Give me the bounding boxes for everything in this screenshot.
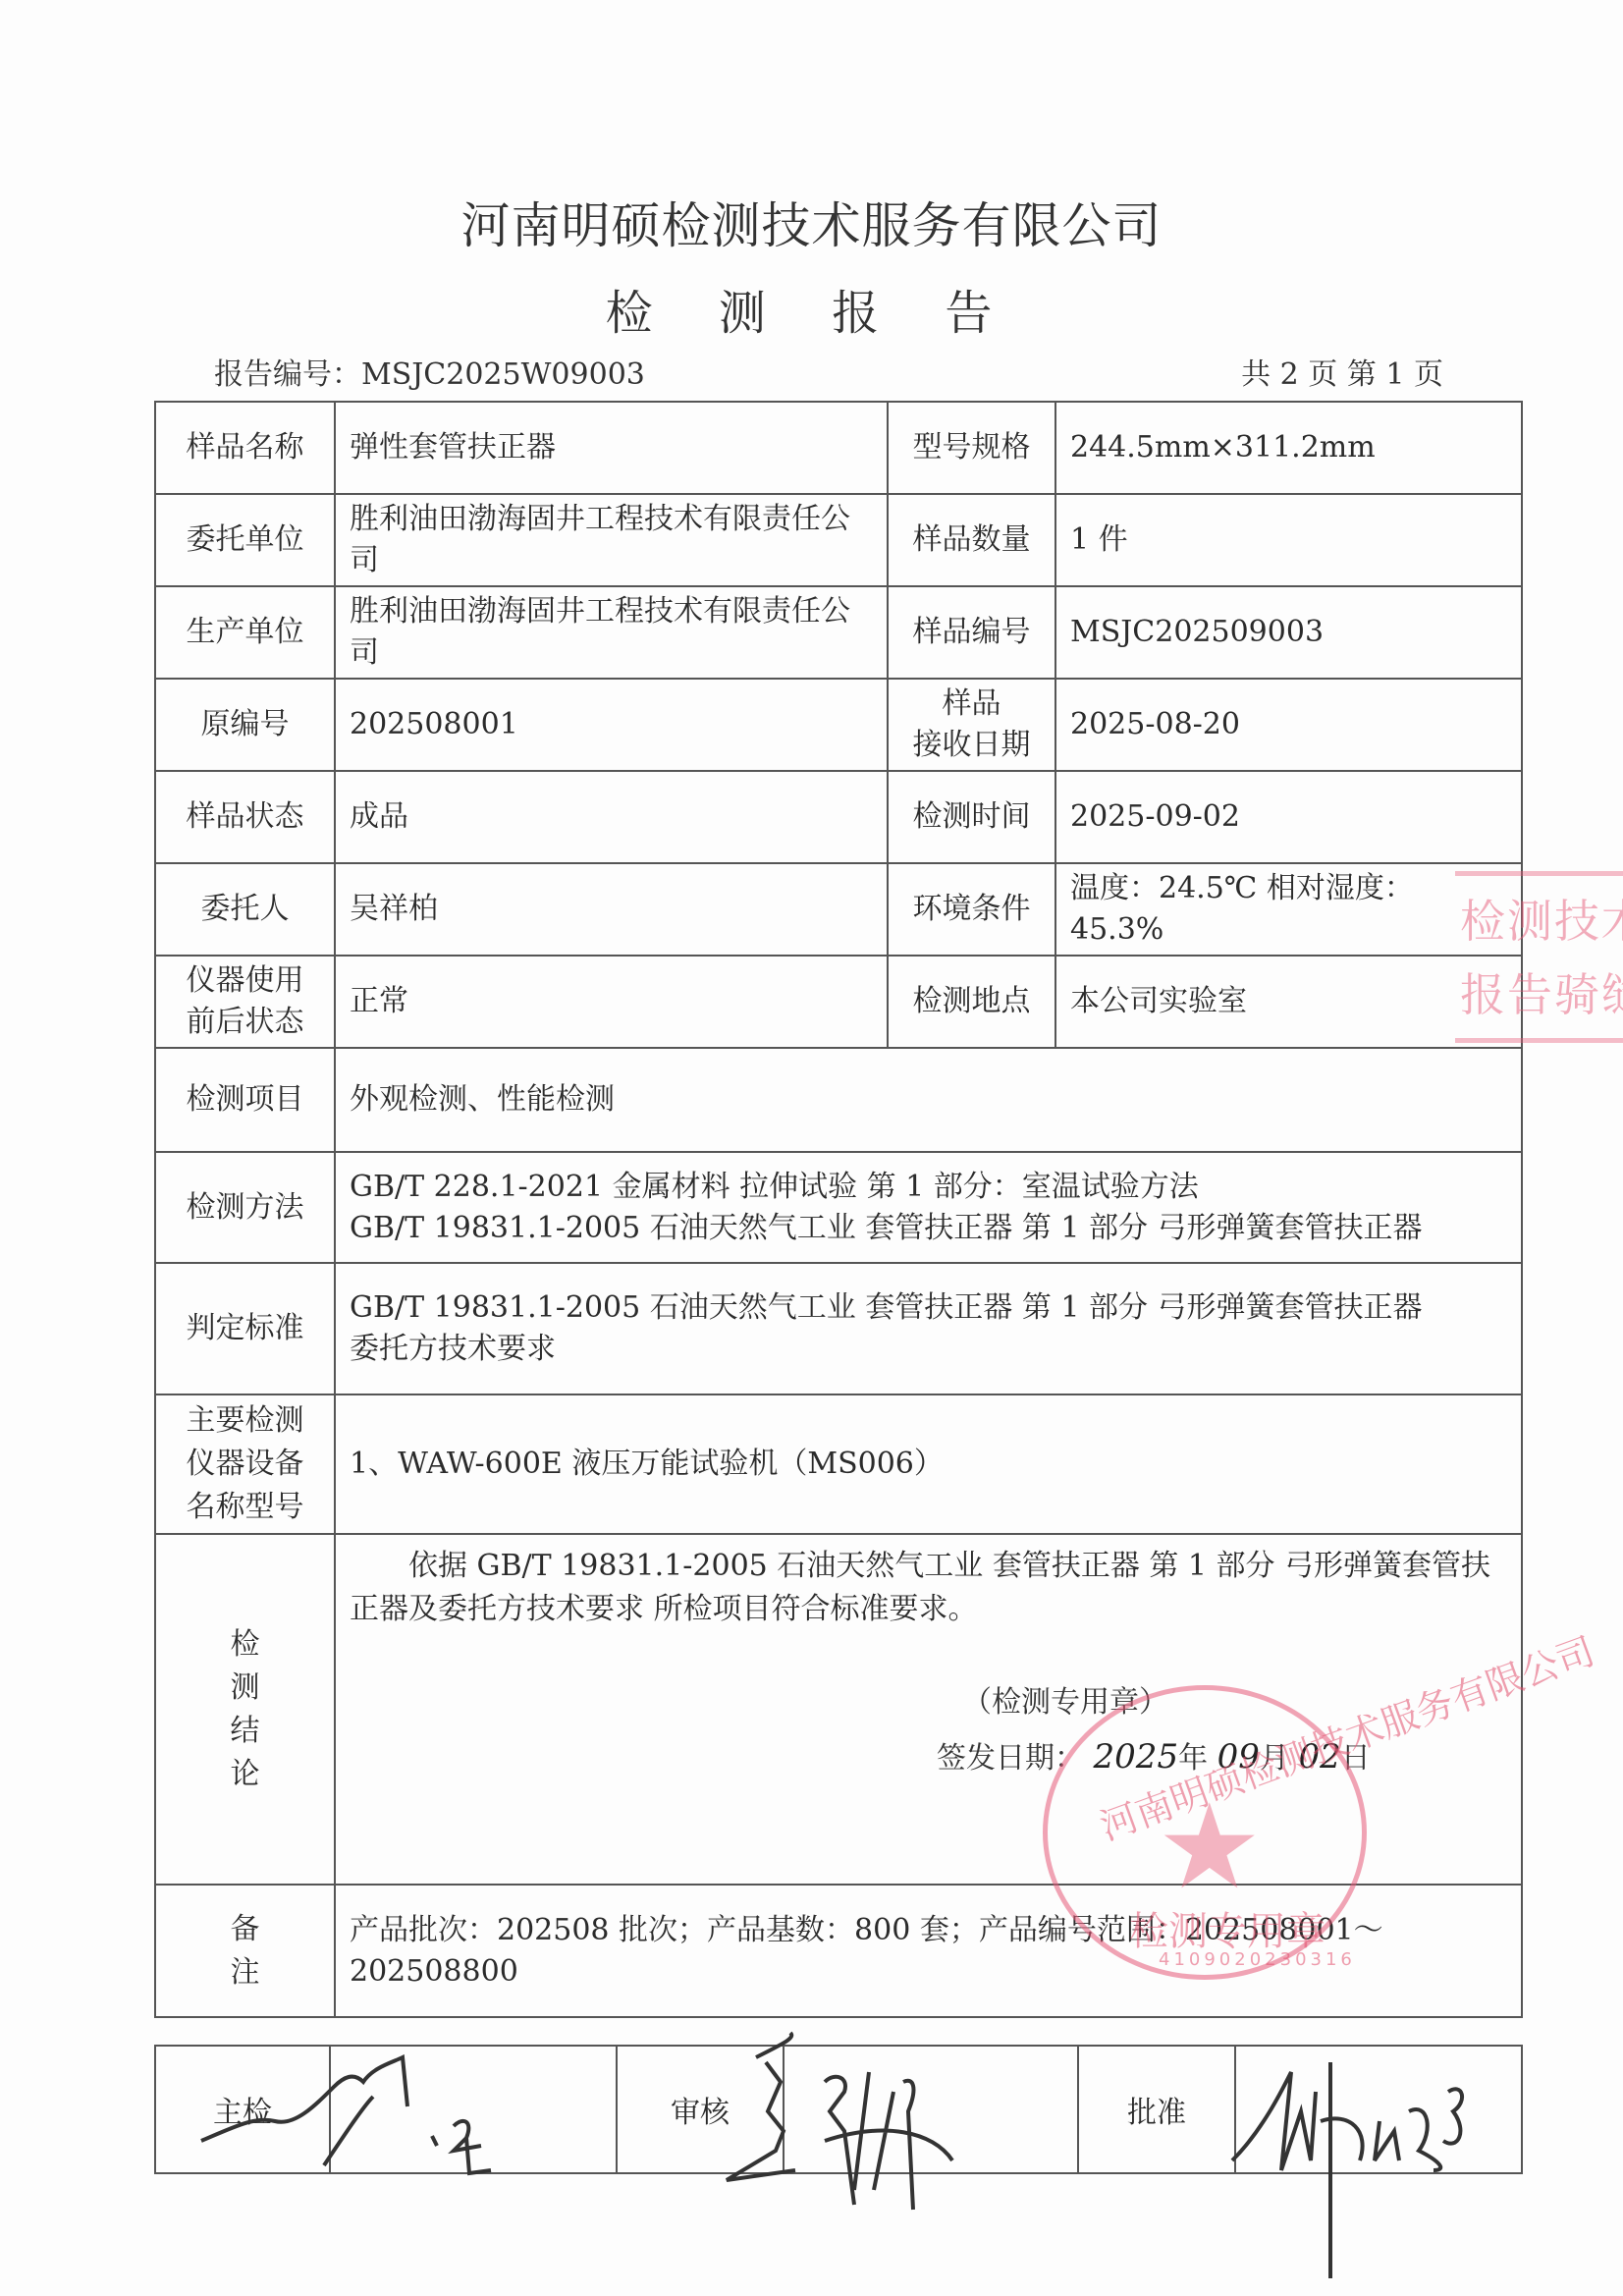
field-value: 244.5mm×311.2mm bbox=[1055, 402, 1522, 494]
page-info: 共 2 页 第 1 页 bbox=[1241, 350, 1443, 393]
test-items-row: 检测项目 外观检测、性能检测 bbox=[155, 1048, 1522, 1152]
company-name: 河南明硕检测技术服务有限公司 bbox=[0, 187, 1623, 257]
field-label: 委托人 bbox=[155, 863, 335, 956]
field-value: 胜利油田渤海固井工程技术有限责任公司 bbox=[335, 494, 888, 586]
seal-code: 4109020230316 bbox=[1159, 1949, 1356, 1970]
info-row: 委托人吴祥柏环境条件温度：24.5℃ 相对湿度：45.3% bbox=[155, 863, 1522, 956]
field-value: 温度：24.5℃ 相对湿度：45.3% bbox=[1055, 863, 1522, 956]
criteria-line: GB/T 19831.1-2005 石油天然气工业 套管扶正器 第 1 部分 弓… bbox=[350, 1287, 1507, 1329]
conclusion-label: 检 测 结 论 bbox=[155, 1534, 335, 1885]
inspector-signature-icon bbox=[196, 2048, 511, 2185]
info-row: 原编号202508001样品 接收日期2025-08-20 bbox=[155, 679, 1522, 771]
field-value: 202508001 bbox=[335, 679, 888, 771]
test-method-line: GB/T 19831.1-2005 石油天然气工业 套管扶正器 第 1 部分 弓… bbox=[350, 1208, 1507, 1249]
field-label: 原编号 bbox=[155, 679, 335, 771]
field-label: 仪器使用 前后状态 bbox=[155, 956, 335, 1048]
test-items-value: 外观检测、性能检测 bbox=[335, 1048, 1522, 1152]
info-row: 样品状态成品检测时间2025-09-02 bbox=[155, 771, 1522, 863]
field-value: 1 件 bbox=[1055, 494, 1522, 586]
field-value: 本公司实验室 bbox=[1055, 956, 1522, 1048]
field-value: 正常 bbox=[335, 956, 888, 1048]
field-label: 型号规格 bbox=[888, 402, 1055, 494]
field-value: 吴祥柏 bbox=[335, 863, 888, 956]
equipment-value: 1、WAW-600E 液压万能试验机（MS006） bbox=[335, 1394, 1522, 1534]
field-label: 委托单位 bbox=[155, 494, 335, 586]
equipment-row: 主要检测 仪器设备 名称型号 1、WAW-600E 液压万能试验机（MS006） bbox=[155, 1394, 1522, 1534]
field-value: 弹性套管扶正器 bbox=[335, 402, 888, 494]
info-row: 生产单位胜利油田渤海固井工程技术有限责任公司样品编号MSJC202509003 bbox=[155, 586, 1522, 679]
report-number: 报告编号：MSJC2025W09003 bbox=[214, 350, 645, 393]
seal-bottom-text: 检测专用章 bbox=[1129, 1900, 1325, 1956]
field-value: 成品 bbox=[335, 771, 888, 863]
field-value: 胜利油田渤海固井工程技术有限责任公司 bbox=[335, 586, 888, 679]
criteria-label: 判定标准 bbox=[155, 1263, 335, 1394]
test-methods-value: GB/T 228.1-2021 金属材料 拉伸试验 第 1 部分：室温试验方法 … bbox=[335, 1152, 1522, 1263]
approver-signature-icon bbox=[1222, 2052, 1478, 2278]
field-label: 样品 接收日期 bbox=[888, 679, 1055, 771]
test-methods-label: 检测方法 bbox=[155, 1152, 335, 1263]
report-number-value: MSJC2025W09003 bbox=[361, 357, 645, 392]
field-value: 2025-08-20 bbox=[1055, 679, 1522, 771]
perforation-seal: 检测技术服 报告骑缝 bbox=[1455, 871, 1623, 1043]
info-row: 委托单位胜利油田渤海固井工程技术有限责任公司样品数量1 件 bbox=[155, 494, 1522, 586]
field-label: 样品名称 bbox=[155, 402, 335, 494]
test-items-label: 检测项目 bbox=[155, 1048, 335, 1152]
approver-label: 批准 bbox=[1078, 2046, 1235, 2173]
criteria-value: GB/T 19831.1-2005 石油天然气工业 套管扶正器 第 1 部分 弓… bbox=[335, 1263, 1522, 1394]
conclusion-text: 依据 GB/T 19831.1-2005 石油天然气工业 套管扶正器 第 1 部… bbox=[350, 1535, 1507, 1631]
info-row: 仪器使用 前后状态正常检测地点本公司实验室 bbox=[155, 956, 1522, 1048]
field-value: 2025-09-02 bbox=[1055, 771, 1522, 863]
field-label: 样品状态 bbox=[155, 771, 335, 863]
side-seal-line2: 报告骑缝 bbox=[1460, 959, 1623, 1024]
reviewer-signature-icon bbox=[707, 2033, 1031, 2205]
side-seal-line1: 检测技术服 bbox=[1460, 886, 1623, 951]
test-method-line: GB/T 228.1-2021 金属材料 拉伸试验 第 1 部分：室温试验方法 bbox=[350, 1167, 1507, 1208]
remarks-label: 备 注 bbox=[155, 1885, 335, 2017]
field-label: 样品数量 bbox=[888, 494, 1055, 586]
field-label: 检测地点 bbox=[888, 956, 1055, 1048]
field-label: 环境条件 bbox=[888, 863, 1055, 956]
criteria-row: 判定标准 GB/T 19831.1-2005 石油天然气工业 套管扶正器 第 1… bbox=[155, 1263, 1522, 1394]
field-label: 生产单位 bbox=[155, 586, 335, 679]
field-label: 样品编号 bbox=[888, 586, 1055, 679]
report-title: 检 测 报 告 bbox=[0, 275, 1623, 343]
report-number-label: 报告编号： bbox=[214, 357, 361, 392]
equipment-label: 主要检测 仪器设备 名称型号 bbox=[155, 1394, 335, 1534]
field-label: 检测时间 bbox=[888, 771, 1055, 863]
field-value: MSJC202509003 bbox=[1055, 586, 1522, 679]
test-methods-row: 检测方法 GB/T 228.1-2021 金属材料 拉伸试验 第 1 部分：室温… bbox=[155, 1152, 1522, 1263]
criteria-line: 委托方技术要求 bbox=[350, 1329, 1507, 1370]
info-row: 样品名称弹性套管扶正器型号规格244.5mm×311.2mm bbox=[155, 402, 1522, 494]
